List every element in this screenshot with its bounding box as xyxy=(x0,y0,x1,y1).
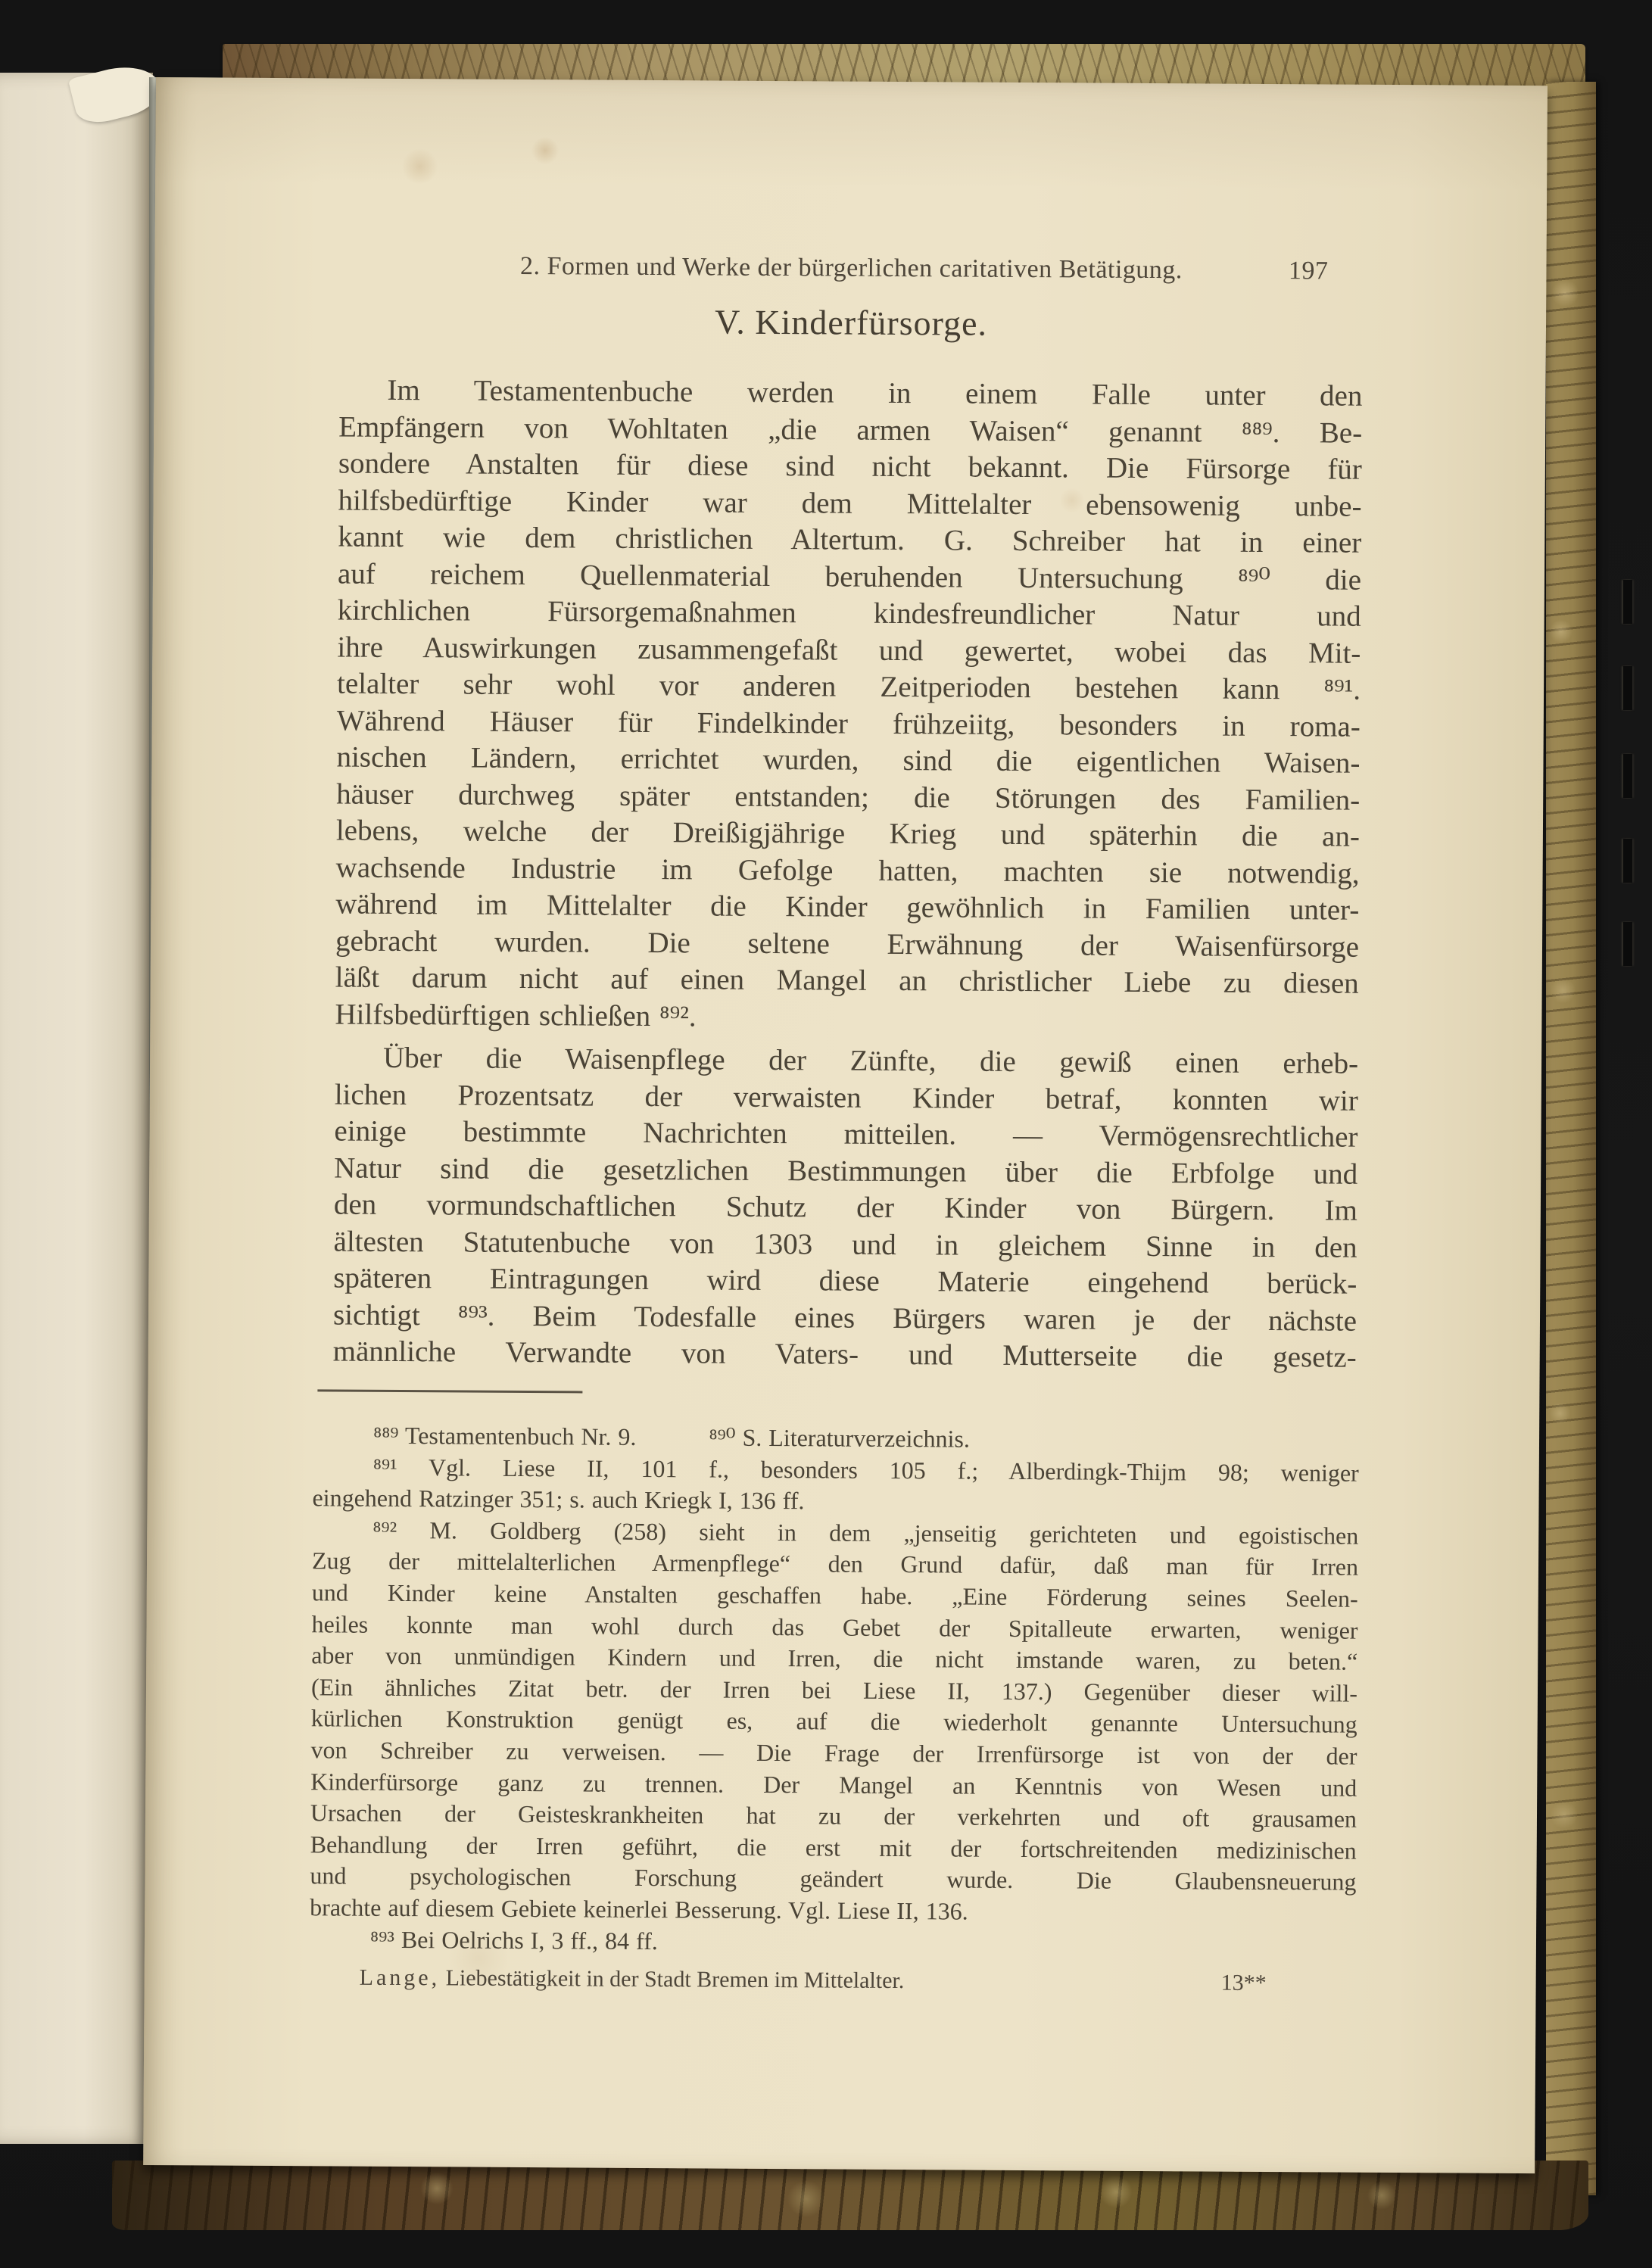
footnote-separator-rule xyxy=(317,1389,582,1393)
text-line: nischen Ländern, errichtet wurden, sind … xyxy=(336,739,1360,782)
text-line: männliche Verwandte von Vaters- und Mutt… xyxy=(333,1333,1357,1376)
text-line: gebracht wurden. Die seltene Erwähnung d… xyxy=(335,923,1359,966)
running-head: 2. Formen und Werke der bürgerlichen car… xyxy=(339,251,1363,290)
book-page: 2. Formen und Werke der bürgerlichen car… xyxy=(143,77,1548,2173)
binding-thread-mark xyxy=(1623,666,1632,710)
text-line: kannt wie dem christlichen Altertum. G. … xyxy=(338,519,1361,562)
signature-book-title: Liebestätigkeit in der Stadt Bremen im M… xyxy=(440,1965,904,1993)
binding-thread-mark xyxy=(1623,922,1632,966)
paragraph: ⁸⁹² M. Goldberg (258) sieht in dem „jens… xyxy=(310,1514,1358,1930)
text-line: auf reichem Quellenmaterial beruhenden U… xyxy=(338,556,1361,599)
text-line: Empfängern von Wohltaten „die armen Wais… xyxy=(338,409,1362,452)
text-line: wachsende Industrie im Gefolge hatten, m… xyxy=(335,849,1359,893)
paragraph: ⁸⁹¹ Vgl. Liese II, 101 f., besonders 105… xyxy=(312,1451,1358,1521)
chapter-title: V. Kinderfürsorge. xyxy=(339,299,1363,345)
text-line: Hilfsbedürftigen schließen ⁸⁹². xyxy=(335,996,1358,1039)
book-scan: 2. Formen und Werke der bürgerlichen car… xyxy=(0,0,1652,2268)
text-line: ihre Auswirkungen zusammengefaßt und gew… xyxy=(337,629,1361,672)
text-line: lebens, welche der Dreißigjährige Krieg … xyxy=(336,812,1360,855)
text-line: späteren Eintragungen wird diese Materie… xyxy=(333,1260,1357,1303)
text-line: sondere Anstalten für diese sind nicht b… xyxy=(338,445,1362,488)
text-line: läßt darum nicht auf einen Mangel an chr… xyxy=(335,959,1359,1002)
text-line: einige bestimmte Nachrichten mitteilen. … xyxy=(334,1113,1357,1156)
paragraph: ⁸⁹³ Bei Oelrichs I, 3 ff., 84 ff. xyxy=(310,1924,1356,1961)
paragraph: Im Testamentenbuche werden in einem Fall… xyxy=(335,372,1362,1039)
text-line: während im Mittelalter die Kinder gewöhn… xyxy=(335,886,1359,929)
text-line: Während Häuser für Findelkinder frühzeii… xyxy=(337,703,1361,746)
binding-thread-mark xyxy=(1623,839,1632,883)
text-line: hilfsbedürftige Kinder war dem Mittelalt… xyxy=(338,482,1361,525)
text-line: den vormundschaftlichen Schutz der Kinde… xyxy=(334,1186,1357,1229)
text-line: kirchlichen Fürsorgemaßnahmen kindesfreu… xyxy=(338,592,1361,635)
binding-thread-mark xyxy=(1623,580,1632,624)
text-line: häuser durchweg später entstanden; die S… xyxy=(336,776,1360,819)
running-head-text: 2. Formen und Werke der bürgerlichen car… xyxy=(520,252,1183,284)
text-line: sichtigt ⁸⁹³. Beim Todesfalle eines Bürg… xyxy=(333,1297,1357,1340)
text-line: ältesten Statutenbuche von 1303 und in g… xyxy=(333,1223,1357,1266)
body-text: Im Testamentenbuche werden in einem Fall… xyxy=(333,372,1363,1376)
text-line: Natur sind die gesetzlichen Bestimmungen… xyxy=(334,1150,1357,1193)
previous-page-edge xyxy=(0,73,153,2144)
page-number: 197 xyxy=(1289,257,1329,285)
text-line: lichen Prozentsatz der verwaisten Kinder… xyxy=(335,1076,1358,1120)
text-line: ⁸⁹³ Bei Oelrichs I, 3 ff., 84 ff. xyxy=(310,1924,1356,1961)
signature-line: Lange, Liebestätigkeit in der Stadt Brem… xyxy=(360,1965,1267,1996)
footnotes: ⁸⁸⁹ Testamentenbuch Nr. 9. ⁸⁹⁰ S. Litera… xyxy=(310,1419,1359,1961)
book-cover-right-edge xyxy=(1546,82,1596,2195)
signature-text: Lange, Liebestätigkeit in der Stadt Brem… xyxy=(360,1965,905,1994)
signature-author: Lange, xyxy=(360,1965,441,1991)
paragraph: Über die Waisenpflege der Zünfte, die ge… xyxy=(333,1039,1359,1376)
binding-thread-mark xyxy=(1623,754,1632,798)
text-line: Über die Waisenpflege der Zünfte, die ge… xyxy=(335,1039,1358,1083)
text-line: telalter sehr wohl vor anderen Zeitperio… xyxy=(337,665,1361,709)
text-line: Im Testamentenbuche werden in einem Fall… xyxy=(338,372,1362,415)
sheet-mark: 13** xyxy=(1221,1970,1267,1996)
